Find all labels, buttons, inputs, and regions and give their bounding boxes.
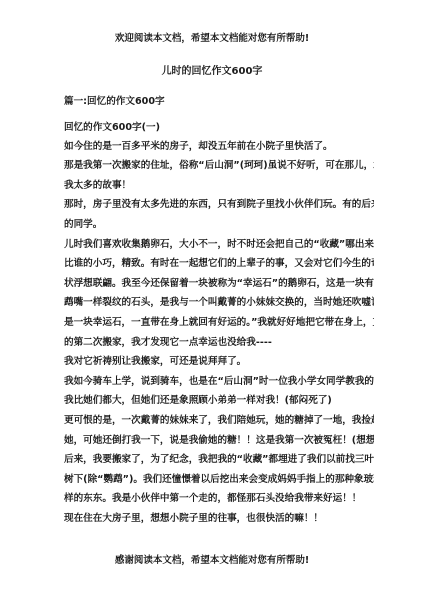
document-page: 欢迎阅读本文档，希望本文档能对您有所帮助! 儿时的回忆作文600字 篇一:回忆的… <box>0 0 424 600</box>
page-header: 欢迎阅读本文档，希望本文档能对您有所帮助! <box>0 30 424 44</box>
paragraph-line: 我太多的故事！ <box>64 176 374 196</box>
paragraph-line: 她，可她还倒打我一下，说是我偷她的糖！！这是我第一次被冤枉！(想想都晕) <box>64 431 374 451</box>
paragraph-line: 的第二次搬家，我才发现它一点幸运也没给我---- <box>64 333 374 353</box>
paragraph-line: 儿时我们喜欢收集鹅卵石，大小不一，时不时还会把自己的“收藏”哪出来炫耀， <box>64 235 374 255</box>
paragraph-line: 那时，房子里没有太多先进的东西，只有到院子里找小伙伴们玩。有的后来是我 <box>64 195 374 215</box>
paragraph-line: 样的东东。我是小伙伴中第一个走的，都怪那石头没给我带来好运！！ <box>64 489 374 509</box>
paragraph-line: 比谁的小巧，精致。有时在一起想它们的上辈子的事，又会对它们今生的奇异形 <box>64 254 374 274</box>
paragraph-line: 的同学。 <box>64 215 374 235</box>
paragraph-line: 我如今骑车上学，说到骑车，也是在“后山洞”时一位我小学女同学教我的，虽说 <box>64 372 374 392</box>
paragraph-line: 是一块幸运石，一直带在身上就回有好运的。”我就好好地把它带在身上，直到我 <box>64 313 374 333</box>
paragraph-line: 现在住在大房子里，想想小院子里的往事，也很快活的嘛！！ <box>64 509 374 529</box>
paragraph-line: 后来，我要搬家了，为了纪念，我把我的“收藏”都埋进了我们以前找三叶草的大 <box>64 450 374 470</box>
paragraph-line: 我比她们都大，但她们还是象照顾小弟弟一样对我！(郁闷死了) <box>64 391 374 411</box>
paragraph-line: 那是我第一次搬家的住址，俗称“后山洞”(珂珂)虽说不好听，可在那儿，承载着 <box>64 156 374 176</box>
paragraph-line: 状浮想联翩。我至今还保留着一块被称为“幸运石”的鹅卵石，这是一块有着象鹦 <box>64 274 374 294</box>
paragraph-line: 如今住的是一百多平米的房子，却没五年前在小院子里快活了。 <box>64 137 374 157</box>
section-heading: 篇一:回忆的作文600字 <box>64 92 374 112</box>
document-title: 儿时的回忆作文600字 <box>0 62 424 77</box>
paragraph-line: 我对它祈祷别让我搬家，可还是说拜拜了。 <box>64 352 374 372</box>
document-body: 篇一:回忆的作文600字 回忆的作文600字(一) 如今住的是一百多平米的房子，… <box>64 92 374 528</box>
page-footer: 感谢阅读本文档，希望本文档能对您有所帮助! <box>0 552 424 566</box>
subheading: 回忆的作文600字(一) <box>64 118 374 137</box>
paragraph-line: 树下(除“鹦鹉”)。我们还憧憬着以后挖出来会变成妈妈手指上的那种象玻璃一 <box>64 470 374 490</box>
paragraph-line: 鹉嘴一样裂纹的石头，是我与一个叫戴菁的小妹妹交换的，当时她还吹嘘说：“这 <box>64 293 374 313</box>
paragraph-line: 更可恨的是，一次戴菁的妹妹来了，我们陪她玩，她的糖掉了一地，我捡起还给 <box>64 411 374 431</box>
